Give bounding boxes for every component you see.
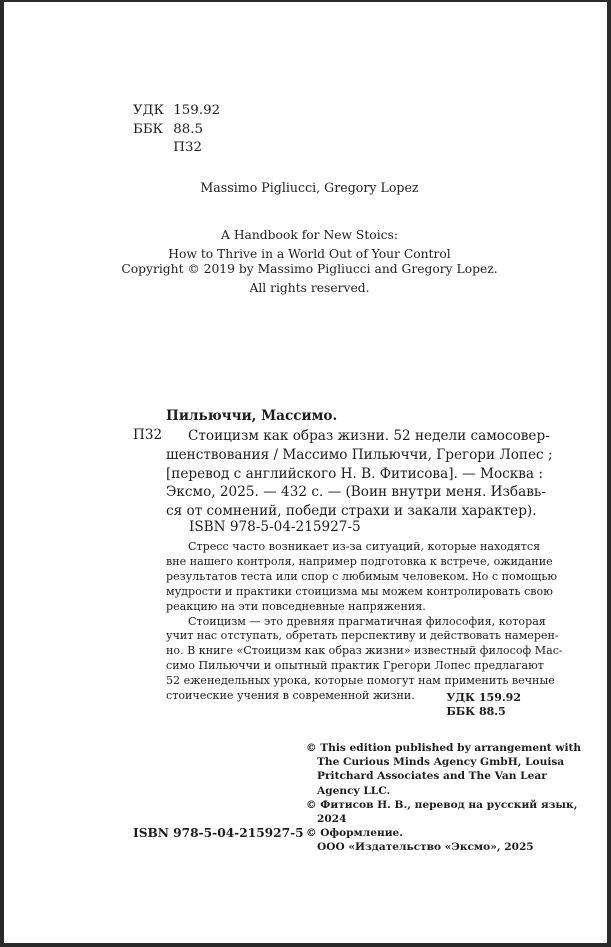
original-title-line: A Handbook for New Stoics: [4,226,611,245]
annotation: Стресс часто возникает из-за ситуаций, к… [166,540,530,704]
classification-codes: УДК 159.92 ББК 88.5 П32 [133,102,220,158]
isbn-bottom: ISBN 978-5-04-215927-5 [133,826,304,840]
udk-label: УДК [133,102,169,121]
classification-small: УДК 159.92 ББК 88.5 [446,691,521,719]
annotation-line: но. В книге «Стоицизм как образ жизни» и… [166,644,530,659]
bib-description: Стоицизм как образ жизни. 52 недели само… [166,427,532,521]
copyright-line: ООО «Издательство «Эксмо», 2025 [306,840,530,854]
original-authors: Massimo Pigliucci, Gregory Lopez [4,179,611,198]
bbk-small: ББК 88.5 [446,705,521,719]
annotation-line: симо Пильюччи и опытный практик Грегори … [166,659,530,674]
annotation-line: Стресс часто возникает из-за ситуаций, к… [166,540,530,555]
bib-line: Стоицизм как образ жизни. 52 недели само… [166,427,532,446]
annotation-line: результатов теста или спор с любимым чел… [166,570,530,585]
bib-isbn: ISBN 978-5-04-215927-5 [189,519,361,535]
udk-value: 159.92 [173,102,220,121]
copyright-line: Pritchard Associates and The Van Lear [306,769,530,783]
annotation-line: учит нас отступать, обретать перспективу… [166,629,530,644]
copyright-line: © Фитисов Н. В., перевод на русский язык… [306,798,530,812]
udk-small: УДК 159.92 [446,691,521,705]
original-title: A Handbook for New Stoics: How to Thrive… [4,226,611,263]
copyright-line: 2024 [306,812,530,826]
bib-line: шенствования / Массимо Пильюччи, Грегори… [166,446,532,465]
original-copyright: Copyright © 2019 by Massimo Pigliucci an… [4,260,611,297]
bbk-label: ББК [133,121,169,140]
book-page: УДК 159.92 ББК 88.5 П32 Massimo Pigliucc… [0,0,611,947]
annotation-line: вне нашего контроля, например подготовка… [166,555,530,570]
copyright-line: © Оформление. [306,826,530,840]
copyright-line: Copyright © 2019 by Massimo Pigliucci an… [4,260,611,279]
copyright-block: © This edition published by arrangement … [306,741,530,855]
copyright-line: Agency LLC. [306,784,530,798]
bib-line: [перевод с английского Н. В. Фитисова]. … [166,465,532,484]
author-mark: П32 [173,139,202,158]
annotation-line: реакцию на эти повседневные напряжения. [166,600,530,615]
bib-heading: Пильюччи, Массимо. [166,408,337,424]
copyright-line: © This edition published by arrangement … [306,741,530,755]
bib-line: Эксмо, 2025. — 432 с. — (Воин внутри мен… [166,483,532,502]
annotation-line: Стоицизм — это древняя прагматичная фило… [166,615,530,630]
bib-code: П32 [133,427,162,443]
copyright-line: All rights reserved. [4,279,611,298]
bbk-value: 88.5 [173,121,203,140]
annotation-line: мудрости и практики стоицизма мы можем к… [166,585,530,600]
copyright-line: The Curious Minds Agency GmbH, Louisa [306,755,530,769]
annotation-line: 52 еженедельных урока, которые помогут н… [166,674,530,689]
